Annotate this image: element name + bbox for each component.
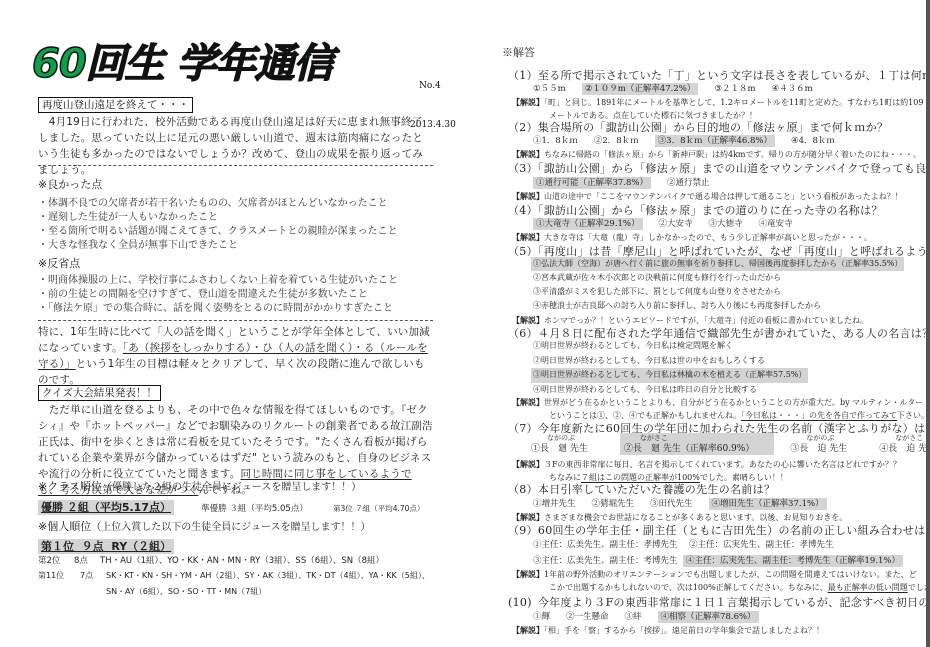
list-item: ・遅刻した生徒が一人もいなかったこと <box>38 211 398 225</box>
correct-answer: ④相察（正解率78.6%） <box>658 611 759 623</box>
question-9-explanation: 【解説】1年前の野外活動のオリエンテーションでも出題しましたが、この問題を間違え… <box>512 568 930 594</box>
question-4-options: ①大竜寺（正解率29.1%）②大安寺③大徳寺④竜安寺 <box>533 217 809 229</box>
question-6-options: ①明日世界が終わるとしても、今日私は検定問題を解く ②明日世界が終わるとしても、… <box>531 339 808 397</box>
question-3: （3）「諏訪山公園」から「修法ヶ原」までの山道をマウンテンバイクで登っても良い？ <box>508 160 930 176</box>
divider <box>38 320 433 321</box>
divider <box>38 165 433 166</box>
individual-result-11th: 第11位7点SK・KT・KN・SH・YM・AH（2組）、SY・AK（3組）、TK… <box>38 570 430 581</box>
individual-ranking-title: ※個人順位 <box>38 520 91 533</box>
list-item: ・前の生徒との間隔を空けすぎて、登山道を間違えた生徒が多数いたこと <box>38 288 398 302</box>
question-9-options-row2: ③主任：広美先生、副主任：考博先生④主任：広実先生、副主任：考博先生（正解率19… <box>533 554 919 566</box>
individual-result-1st: 第１位 ９点 RY（２組） <box>38 538 174 554</box>
class-result-3rd: 第3位 ７組（平均4.70点） <box>333 504 424 513</box>
bad-points-heading: ※反省点 <box>38 255 80 271</box>
question-2-options: ①1．8ｋｍ②2．8ｋｍ③3．8ｋｍ（正解率46.8%）④4．8ｋｍ <box>533 134 851 146</box>
question-4: （4）「諏訪山公園」から「修法ヶ原」までの道のりに在った寺の名称は？ <box>508 202 883 218</box>
class-results: 優勝 ２組（平均5.17点） 準優勝 ３組（平均5.05点） 第3位 ７組（平均… <box>38 499 424 515</box>
class-result-2nd: 準優勝 ３組（平均5.05点） <box>201 504 308 514</box>
question-10: (10)今年度より３Fの東西非常扉に１日１言葉掲示しているが、記念すべき初日の言… <box>508 594 930 610</box>
question-6-explanation: 【解説】世界がどう在るかということよりも、自分がどう在るかということの方が重大だ… <box>512 396 929 422</box>
list-item: ・至る箇所で明るい話題が聞こえてきて、クラスメートとの親睦が深まったこと <box>38 225 398 239</box>
class-ranking-heading: ※クラス順位（優勝した２組の生徒全員にジュースを贈呈します！！） <box>38 478 361 494</box>
question-10-explanation: 【解説】「相」手を「察」するから「挨拶」。遠足前日の学年集会で話しましたよね？！ <box>512 624 824 637</box>
option-4: ながさこ④長 迫 先生 <box>879 433 930 455</box>
correct-answer: ①通行可能（正解率37.8%） <box>533 177 651 189</box>
correct-answer: ①大竜寺（正解率29.1%） <box>533 218 643 230</box>
individual-result-11th-cont: SN・AY（6組）、SO・SO・TT・MN（7組） <box>106 586 266 597</box>
individual-ranking-note: （上位入賞した以下の生徒全員にジュースを贈呈します！！） <box>91 522 370 533</box>
question-8-options: ①増井先生②猜堀先生③田代先生④増田先生（正解率37.1%） <box>533 497 843 509</box>
quiz-heading: クイズ大会結果発表！！ <box>38 385 161 401</box>
bad-points-list: ・明商体操服の上に、学校行事にふさわしくない上着を着ている生徒がいたこと ・前の… <box>38 274 398 316</box>
individual-ranking-heading: ※個人順位（上位入賞した以下の生徒全員にジュースを贈呈します！！） <box>38 518 371 534</box>
question-10-options: ①輝②一生懸命③絆④相察（正解率78.6%） <box>533 610 775 622</box>
class-result-1st: 優勝 ２組（平均5.17点） <box>38 500 174 515</box>
question-7-options: ながのぶ①長 廻 先生ながさこ②長 廻 先生（正解率60.9%）ながのぶ③長 迫… <box>531 433 930 455</box>
correct-answer: ③明日世界が終わるとしても、今日私は林檎の木を植える（正解率57.5%） <box>531 368 808 383</box>
hiking-closing: 特に、1年生時に比べて「人の話を聞く」ということが学年全体として、いい加減になっ… <box>38 324 433 388</box>
question-9-options-row1: ①主任：広美先生、副主任：孝博先生②主任：広実先生、副主任：孝博先生 <box>533 538 850 550</box>
masthead: 60回生 学年通信 No.4 2013.4.30 <box>32 40 422 96</box>
option-3: ながのぶ③長 迫 先生 <box>790 433 863 455</box>
question-3-options: ①通行可能（正解率37.8%）②通行禁止 <box>533 176 726 188</box>
correct-answer: ④増田先生（正解率37.1%） <box>709 498 827 510</box>
question-8: （8）本日引率していただいた養護の先生の名前は？ <box>508 481 775 497</box>
option-1: ながのぶ①長 廻 先生 <box>531 433 604 455</box>
closing-text: という1年生の目標は軽々とクリアして、早く次の段階に進んで欲しいものです。 <box>38 358 425 386</box>
list-item: ・明商体操服の上に、学校行事にふさわしくない上着を着ている生徒がいたこと <box>38 274 398 288</box>
list-item: ・体調不良での欠席者が若干名いたものの、欠席者がほとんどいなかったこと <box>38 197 398 211</box>
good-points-heading: ※良かった点 <box>38 176 102 192</box>
correct-answer: ②１０９m（正解率47.2%） <box>582 83 699 95</box>
question-2: （2）集合場所の「諏訪山公園」から目的地の「修法ヶ原」まで何ｋｍか？ <box>508 119 888 135</box>
correct-answer: ①弘法大師（空海）が唐へ行く前に旅の無事を祈り参拝し、帰国後再度参拝したから（正… <box>531 257 904 271</box>
newsletter-page: 60回生 学年通信 No.4 2013.4.30 再度山登山遠足を終えて・・・ … <box>0 0 927 647</box>
good-points-list: ・体調不良での欠席者が若干名いたものの、欠席者がほとんどいなかったこと ・遅刻し… <box>38 197 398 253</box>
issue-number: No.4 <box>419 81 441 91</box>
list-item: ・「修法ケ原」での集合時に、話を聞く姿勢をとるのに時間がかかりすぎたこと <box>38 302 398 316</box>
newsletter-title: 60回生 学年通信 <box>32 40 333 88</box>
correct-answer: ④主任：広実先生、副主任：考博先生（正解率19.1%） <box>683 555 903 567</box>
answers-heading: ※解答 <box>502 44 535 60</box>
class-ranking-title: ※クラス順位 <box>38 480 102 493</box>
question-1-options: ①５５m②１０９m（正解率47.2%）③２１８m④４３６m <box>533 82 829 94</box>
list-item: ・大きな怪我なく全員が無事下山できたこと <box>38 239 398 253</box>
hiking-intro: 4月19日に行われた、校外活動である再度山登山遠足は好天に恵まれ無事終了しました… <box>38 114 433 178</box>
class-ranking-note: （優勝した２組の生徒全員にジュースを贈呈します！！） <box>102 482 361 493</box>
correct-answer: ながさこ②長 廻 先生（正解率60.9%） <box>620 433 774 455</box>
question-5-options: ①弘法大師（空海）が唐へ行く前に旅の無事を祈り参拝し、帰国後再度参拝したから（正… <box>531 257 904 313</box>
correct-answer: ③3．8ｋｍ（正解率46.8%） <box>655 135 775 147</box>
hiking-heading: 再度山登山遠足を終えて・・・ <box>38 97 193 113</box>
page-edge-border <box>926 0 930 647</box>
individual-result-2nd: 第2位8点TH・AU（1組）、YO・KK・AN・MN・RY（3組）、SS（6組）… <box>38 554 384 566</box>
question-1: （1）至る所で掲示されていた「丁」という文字は長さを表しているが、１丁は何mか？ <box>508 67 930 83</box>
question-9: （9）60回生の学年主任・副主任（ともに吉田先生）の名前の正しい組み合わせは？ <box>508 522 930 538</box>
